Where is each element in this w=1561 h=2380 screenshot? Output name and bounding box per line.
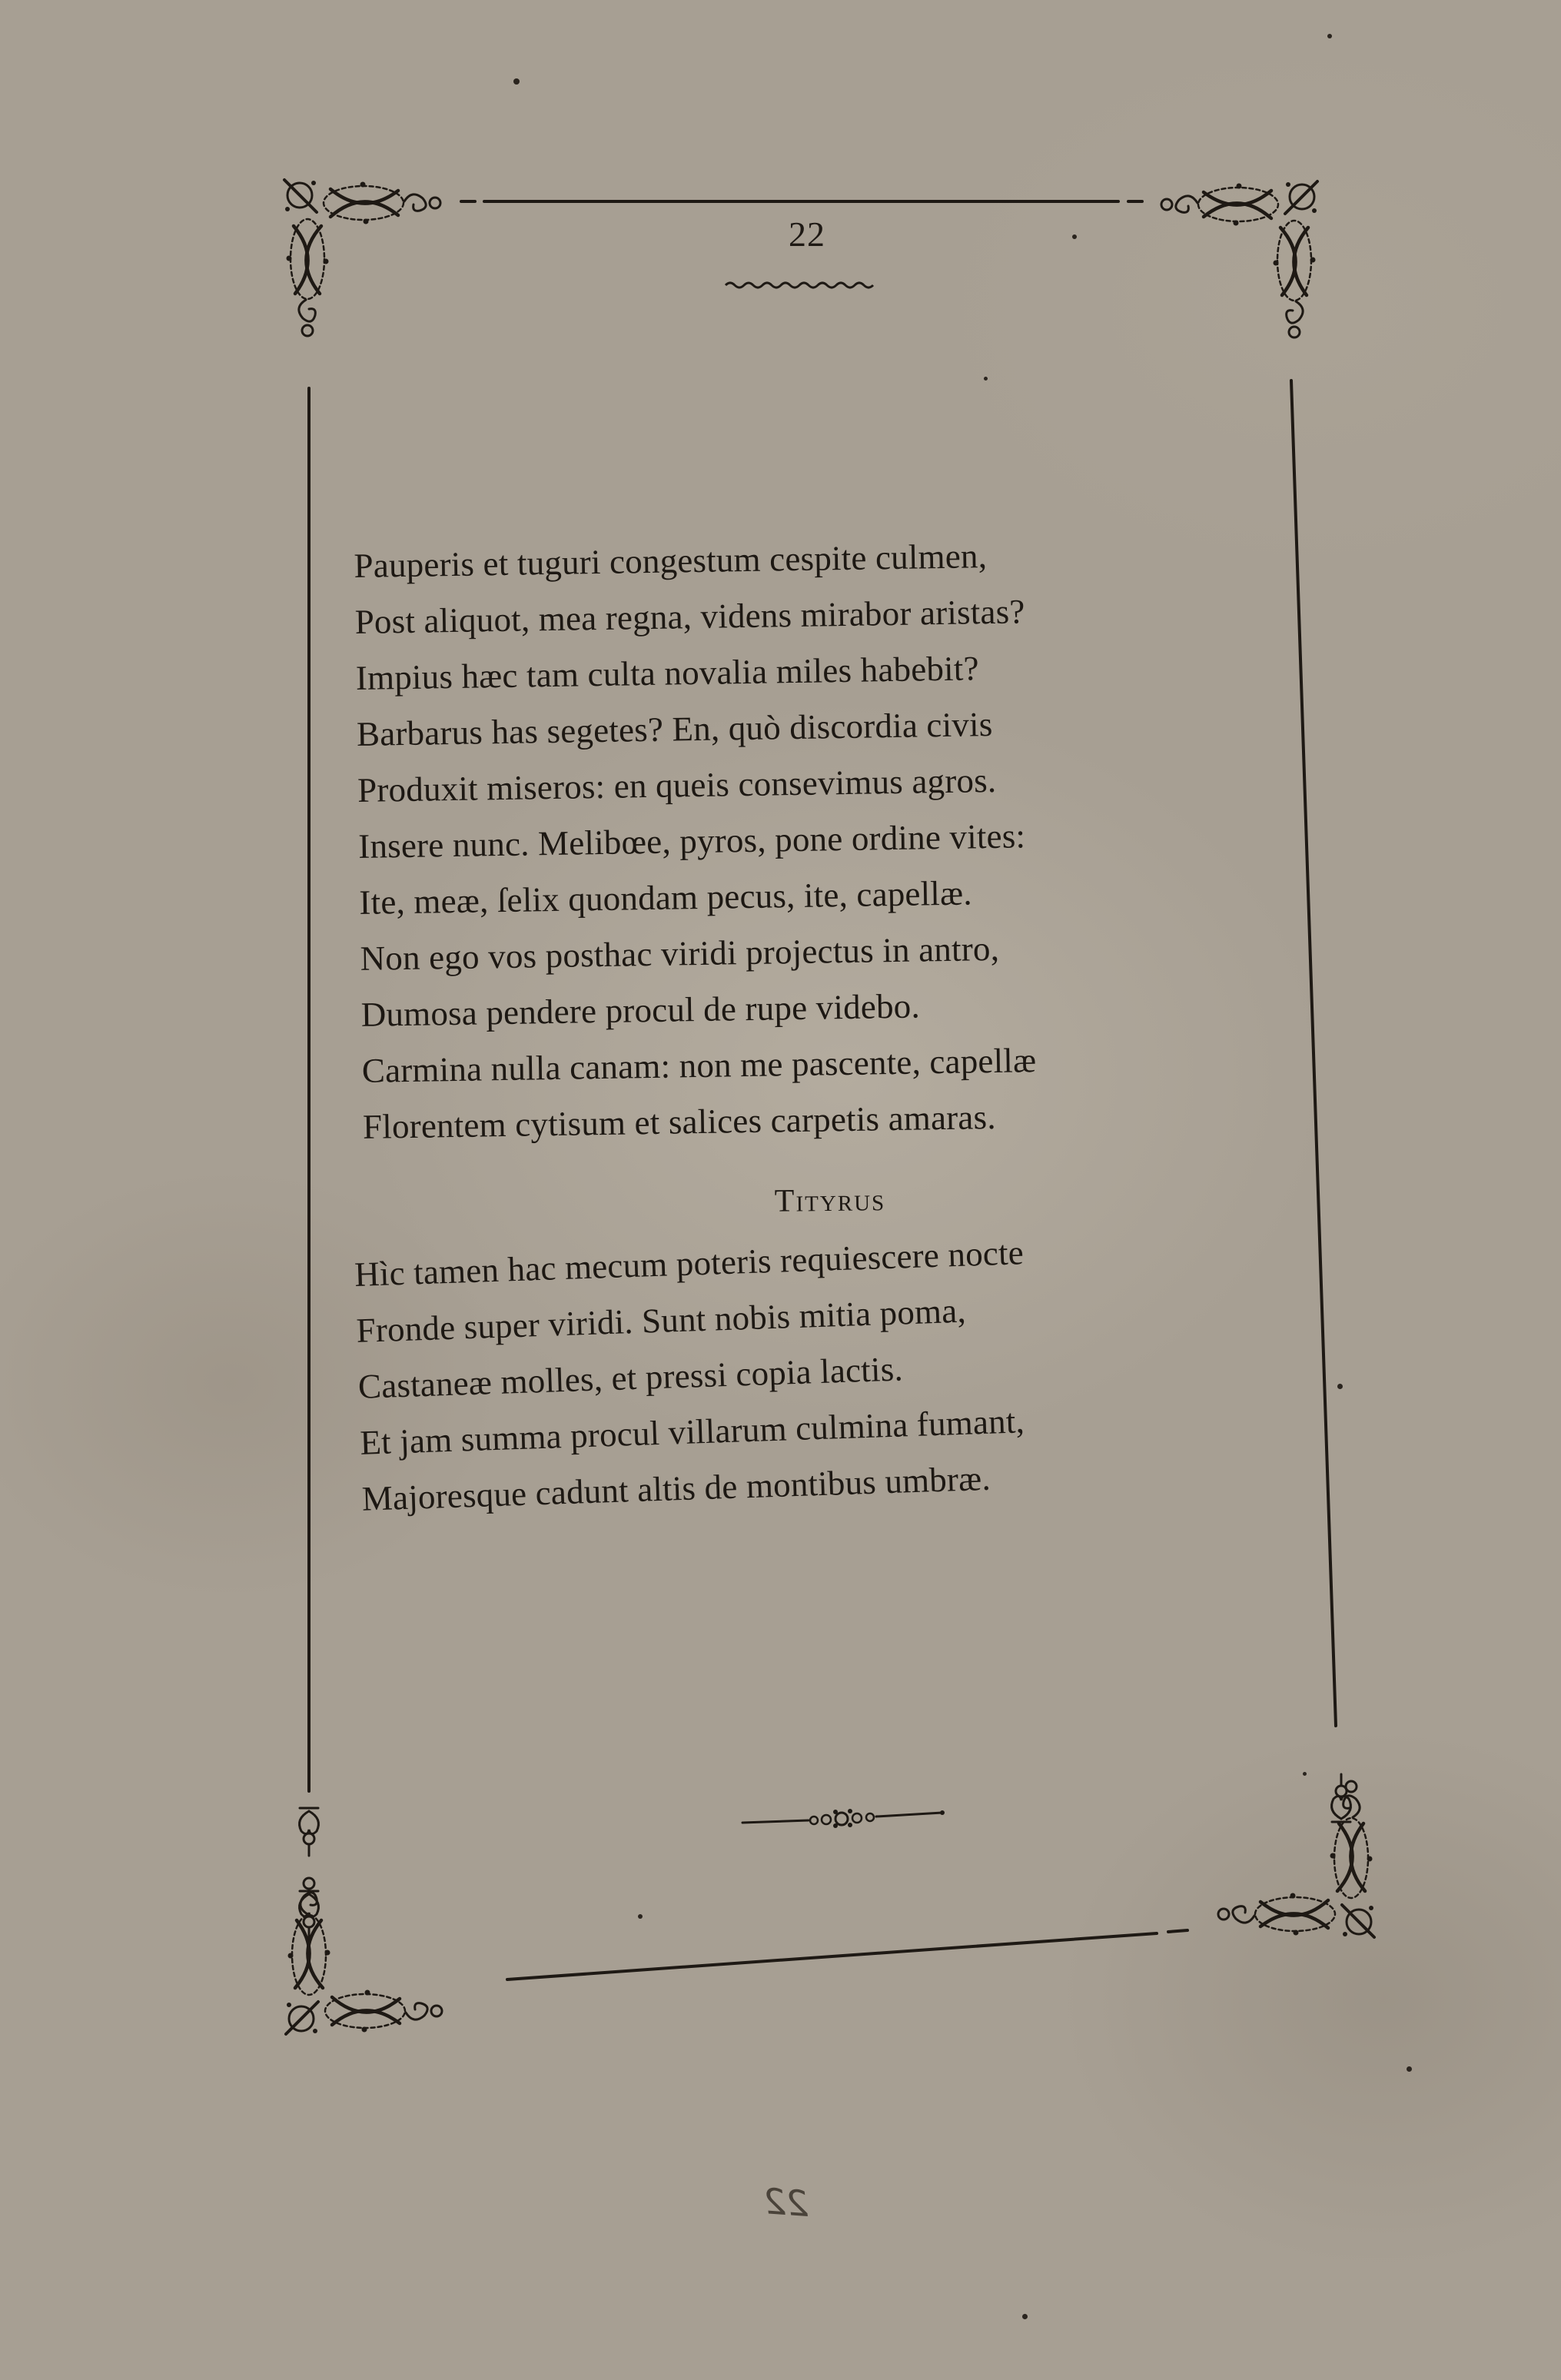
paper-speck — [513, 78, 520, 85]
paper-speck — [1327, 34, 1332, 38]
paper-speck — [1022, 2314, 1028, 2319]
wavy-rule-ornament — [724, 280, 878, 291]
verse-stanza-2: Hìc tamen hac mecum poteris requiescere … — [354, 1215, 1315, 1527]
tailpiece-ornament — [738, 1803, 945, 1833]
paper-speck — [1072, 234, 1077, 239]
paper-speck — [1407, 2066, 1412, 2072]
verse-stanza-1: Pauperis et tuguri congestum cespite cul… — [354, 524, 1316, 1155]
paper-speck — [1337, 1384, 1343, 1389]
handwritten-page-number: 22 — [742, 2179, 829, 2226]
paper-speck — [984, 377, 988, 381]
paper-speck — [1303, 1772, 1307, 1776]
speaker-heading: Tityrus — [676, 1181, 984, 1221]
paper-speck — [638, 1914, 643, 1919]
page-number: 22 — [738, 214, 876, 254]
book-page: 22 Pauperis et tuguri congestum cespite … — [0, 0, 1561, 2380]
